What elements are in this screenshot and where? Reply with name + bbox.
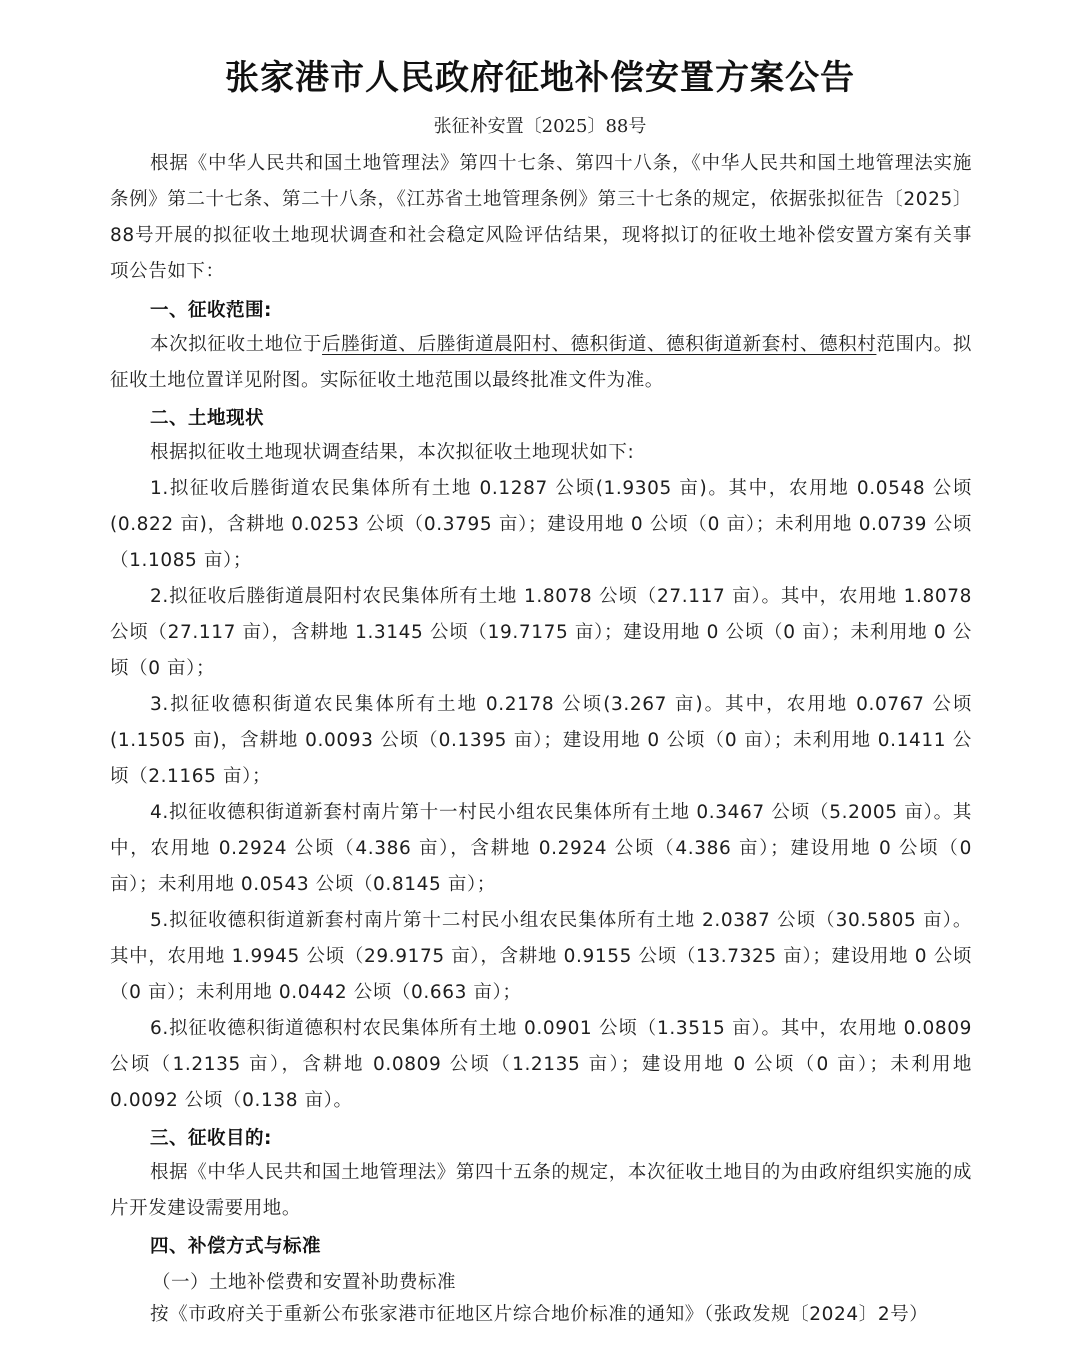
document-number: 张征补安置〔2025〕88号 <box>0 112 1080 138</box>
subsection-heading-land-compensation: （一）土地补偿费和安置补助费标准 <box>152 1268 456 1294</box>
section-heading-land-status: 二、土地现状 <box>150 404 264 430</box>
land-status-intro: 根据拟征收土地现状调查结果，本次拟征收土地现状如下: <box>110 435 972 471</box>
land-status-intro-paragraph: 根据拟征收土地现状调查结果，本次拟征收土地现状如下: <box>110 435 972 471</box>
land-item-2: 2.拟征收后塍街道晨阳村农民集体所有土地 1.8078 公顷（27.117 亩）… <box>110 579 972 687</box>
document-page: 张家港市人民政府征地补偿安置方案公告 张征补安置〔2025〕88号 根据《中华人… <box>0 0 1080 1369</box>
scope-text: 本次拟征收土地位于后塍街道、后塍街道晨阳村、德积街道、德积街道新套村、德积村范围… <box>110 327 972 399</box>
compensation-paragraph: 按《市政府关于重新公布张家港市征地区片综合地价标准的通知》（张政发规〔2024〕… <box>110 1297 972 1333</box>
land-item-text: 2.拟征收后塍街道晨阳村农民集体所有土地 1.8078 公顷（27.117 亩）… <box>110 579 972 687</box>
land-item-text: 5.拟征收德积街道新套村南片第十二村民小组农民集体所有土地 2.0387 公顷（… <box>110 903 972 1011</box>
land-item-text: 3.拟征收德积街道农民集体所有土地 0.2178 公顷(3.267 亩)。其中，… <box>110 687 972 795</box>
section-heading-purpose: 三、征收目的: <box>150 1124 272 1150</box>
land-item-4: 4.拟征收德积街道新套村南片第十一村民小组农民集体所有土地 0.3467 公顷（… <box>110 795 972 903</box>
scope-underlined-areas: 后塍街道、后塍街道晨阳村、德积街道、德积街道新套村、德积村 <box>322 334 876 355</box>
section-heading-scope: 一、征收范围: <box>150 296 272 322</box>
land-item-1: 1.拟征收后塍街道农民集体所有土地 0.1287 公顷(1.9305 亩)。其中… <box>110 471 972 579</box>
land-item-text: 4.拟征收德积街道新套村南片第十一村民小组农民集体所有土地 0.3467 公顷（… <box>110 795 972 903</box>
purpose-text: 根据《中华人民共和国土地管理法》第四十五条的规定，本次征收土地目的为由政府组织实… <box>110 1155 972 1227</box>
land-item-text: 1.拟征收后塍街道农民集体所有土地 0.1287 公顷(1.9305 亩)。其中… <box>110 471 972 579</box>
land-item-text: 6.拟征收德积街道德积村农民集体所有土地 0.0901 公顷（1.3515 亩）… <box>110 1011 972 1119</box>
purpose-paragraph: 根据《中华人民共和国土地管理法》第四十五条的规定，本次征收土地目的为由政府组织实… <box>110 1155 972 1227</box>
intro-paragraph: 根据《中华人民共和国土地管理法》第四十七条、第四十八条，《中华人民共和国土地管理… <box>110 146 972 290</box>
intro-text: 根据《中华人民共和国土地管理法》第四十七条、第四十八条，《中华人民共和国土地管理… <box>110 146 972 290</box>
scope-text-prefix: 本次拟征收土地位于 <box>150 334 322 355</box>
document-title: 张家港市人民政府征地补偿安置方案公告 <box>0 50 1080 99</box>
section-heading-compensation: 四、补偿方式与标准 <box>150 1232 321 1258</box>
compensation-text: 按《市政府关于重新公布张家港市征地区片综合地价标准的通知》（张政发规〔2024〕… <box>110 1297 972 1333</box>
land-item-5: 5.拟征收德积街道新套村南片第十二村民小组农民集体所有土地 2.0387 公顷（… <box>110 903 972 1011</box>
land-item-3: 3.拟征收德积街道农民集体所有土地 0.2178 公顷(3.267 亩)。其中，… <box>110 687 972 795</box>
land-item-6: 6.拟征收德积街道德积村农民集体所有土地 0.0901 公顷（1.3515 亩）… <box>110 1011 972 1119</box>
scope-paragraph: 本次拟征收土地位于后塍街道、后塍街道晨阳村、德积街道、德积街道新套村、德积村范围… <box>110 327 972 399</box>
